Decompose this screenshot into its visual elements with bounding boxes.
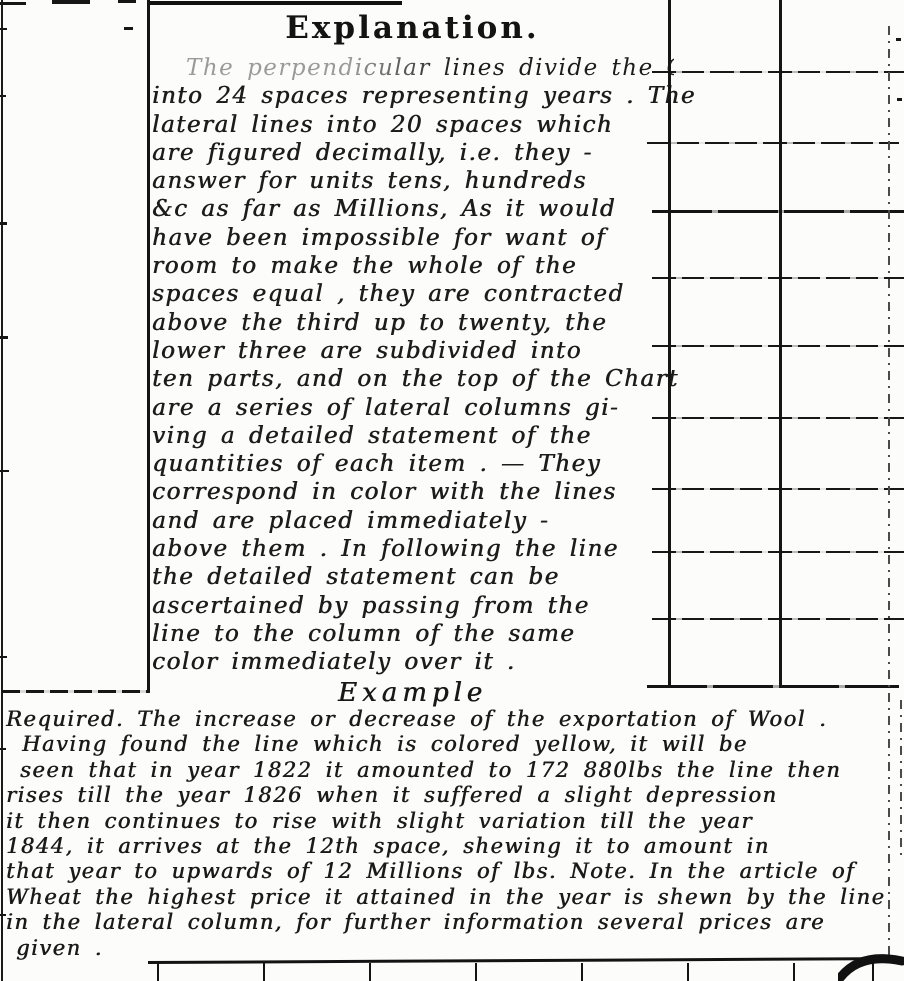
text-line: lower three are subdivided into — [152, 337, 674, 365]
grid-vline — [779, 0, 782, 688]
text-line: into 24 spaces representing years . The — [152, 82, 674, 110]
scanned-document-page: Explanation. The perpendicular lines div… — [0, 0, 904, 981]
scan-mark — [124, 27, 133, 30]
scan-mark — [0, 914, 6, 916]
text-line: above the third up to twenty, the — [152, 309, 674, 337]
text-line: Having found the line which is colored y… — [6, 732, 902, 757]
explanation-box-left-border — [147, 0, 150, 692]
page-left-border — [1, 0, 3, 981]
text-line: seen that in year 1822 it amounted to 17… — [6, 758, 902, 783]
text-line: are figured decimally, i.e. they - — [152, 139, 674, 167]
bottom-tick — [687, 963, 689, 981]
text-line: spaces equal , they are contracted — [152, 280, 674, 308]
text-line: Wheat the highest price it attained in t… — [6, 885, 902, 910]
grid-hline — [652, 277, 904, 279]
explanation-box-bottom-border — [2, 690, 150, 693]
text-line: quantities of each item . — They — [152, 450, 674, 478]
text-line: the detailed statement can be — [152, 563, 674, 591]
text-line: ten parts, and on the top of the Chart — [152, 365, 674, 393]
text-line: lateral lines into 20 spaces which — [152, 111, 674, 139]
bottom-tick — [475, 963, 477, 981]
bottom-tick — [793, 963, 795, 981]
scan-mark — [0, 748, 6, 750]
text-line: have been impossible for want of — [152, 224, 674, 252]
example-title: Example — [150, 678, 675, 708]
text-line: Required. The increase or decrease of th… — [6, 707, 902, 732]
scan-mark — [52, 0, 90, 4]
explanation-title: Explanation. — [150, 10, 675, 46]
grid-hline — [652, 71, 904, 73]
scan-mark — [897, 98, 902, 101]
text-line: ving a detailed statement of the — [152, 422, 674, 450]
text-line: it then continues to rise with slight va… — [6, 809, 902, 834]
text-line: answer for units tens, hundreds — [152, 167, 674, 195]
edge-vline-dashed — [900, 700, 902, 860]
text-line: 1844, it arrives at the 12th space, shew… — [6, 834, 902, 859]
grid-hline — [652, 488, 904, 490]
text-line: color immediately over it . — [152, 648, 674, 676]
text-line: &c as far as Millions, As it would — [152, 195, 674, 223]
scan-mark — [0, 470, 9, 472]
grid-hline — [647, 142, 899, 144]
scan-mark — [0, 656, 7, 658]
text-line: above them . In following the line — [152, 535, 674, 563]
text-line: ascertained by passing from the — [152, 592, 674, 620]
text-line: rises till the year 1826 when it suffere… — [6, 783, 902, 808]
grid-vline — [668, 0, 671, 688]
explanation-paragraph: The perpendicular lines divide the Chart… — [152, 54, 674, 677]
scan-mark — [0, 2, 26, 5]
text-line: that year to upwards of 12 Millions of l… — [6, 859, 902, 884]
scan-mark — [0, 28, 7, 30]
bottom-tick — [581, 963, 583, 981]
grid-hline — [652, 345, 904, 347]
grid-hline — [652, 551, 904, 553]
scan-mark — [0, 222, 7, 225]
scan-mark — [118, 0, 136, 3]
text-line: room to make the whole of the — [152, 252, 674, 280]
text-line: The perpendicular lines divide the Chart — [152, 54, 674, 82]
grid-vline-dashed — [888, 26, 890, 960]
grid-hline — [647, 685, 899, 688]
grid-hline — [652, 417, 904, 419]
text-line: line to the column of the same — [152, 620, 674, 648]
grid-hline — [652, 618, 904, 620]
grid-hline — [652, 210, 904, 213]
text-line: and are placed immediately - — [152, 507, 674, 535]
text-line: are a series of lateral columns gi- — [152, 394, 674, 422]
bottom-tick — [263, 963, 265, 981]
text-line: in the lateral column, for further infor… — [6, 910, 902, 935]
bottom-tick — [157, 963, 159, 981]
top-rule — [150, 1, 402, 5]
scan-mark — [0, 336, 8, 339]
bottom-tick — [369, 963, 371, 981]
scan-mark — [896, 38, 901, 41]
text-line: correspond in color with the lines — [152, 478, 674, 506]
scan-mark — [0, 95, 6, 97]
example-paragraph: Required. The increase or decrease of th… — [6, 707, 902, 961]
ink-blot — [838, 948, 904, 981]
